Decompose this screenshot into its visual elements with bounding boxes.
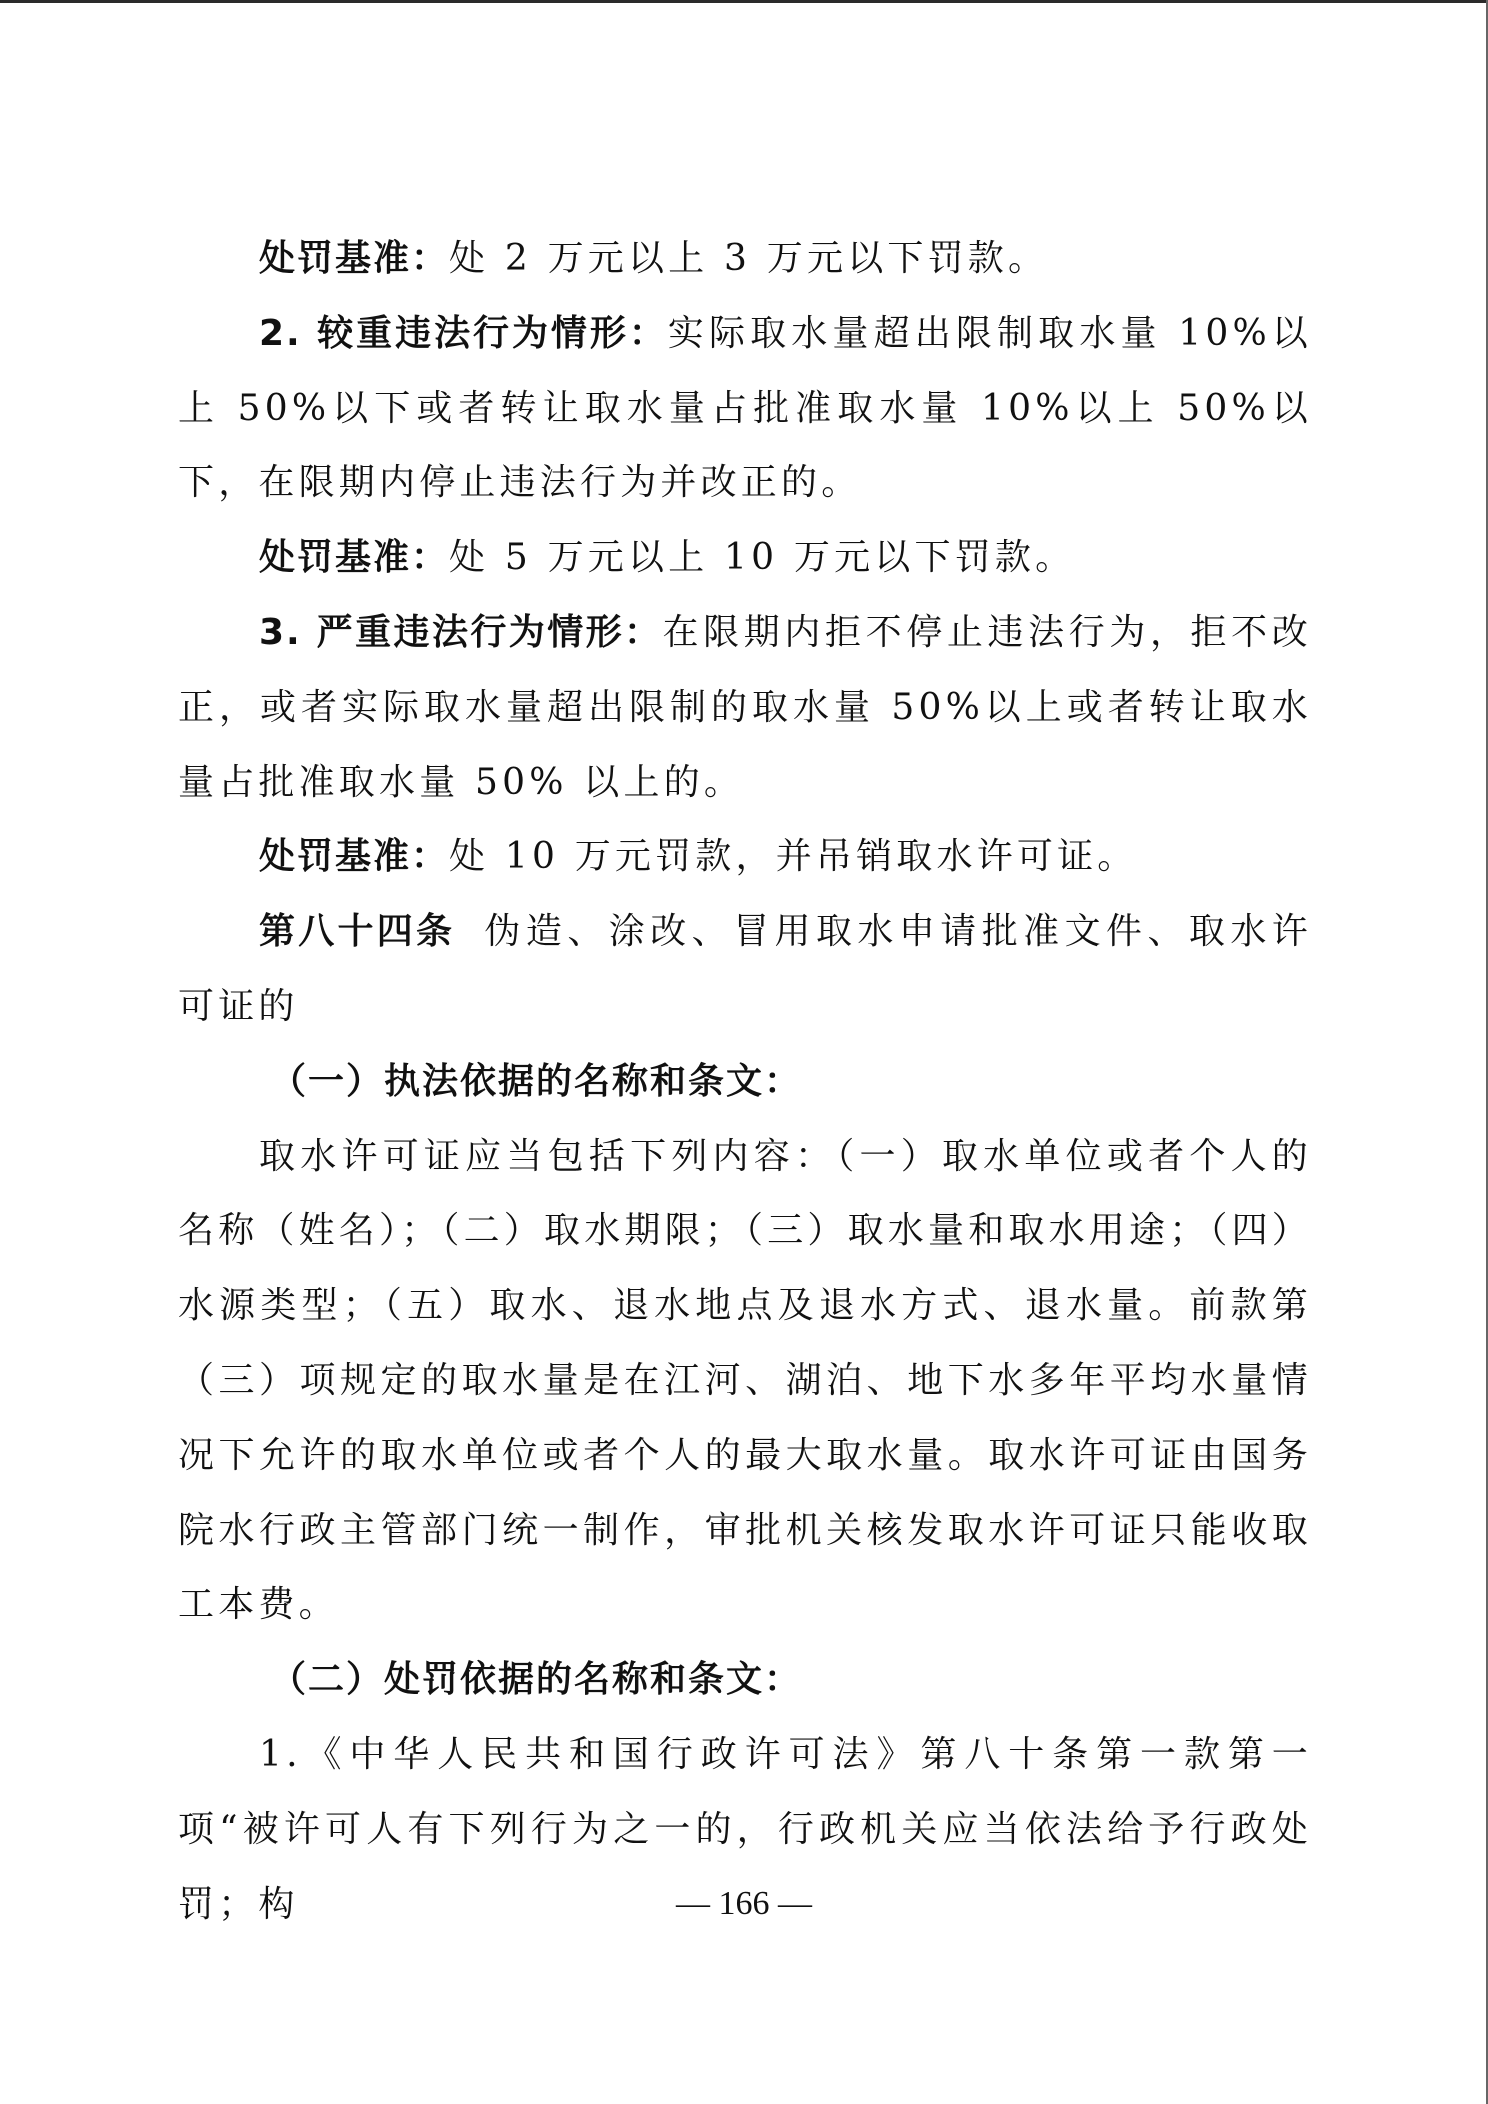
paragraph-label: 处罚基准： bbox=[259, 537, 449, 578]
article-number: 第八十四条 bbox=[259, 911, 455, 952]
paragraph-label: 处罚基准： bbox=[259, 238, 449, 279]
paragraph-penalty-standard-1: 处罚基准：处 2 万元以上 3 万元以下罚款。 bbox=[178, 222, 1312, 297]
paragraph-penalty-standard-3: 处罚基准：处 10 万元罚款，并吊销取水许可证。 bbox=[178, 820, 1312, 895]
paragraph-text: 处 2 万元以上 3 万元以下罚款。 bbox=[449, 238, 1048, 279]
heading-penalty-basis: （二）处罚依据的名称和条文： bbox=[178, 1643, 1312, 1718]
paragraph-enforcement-basis-body: 取水许可证应当包括下列内容：（一）取水单位或者个人的名称（姓名）；（二）取水期限… bbox=[178, 1120, 1312, 1644]
page-number: — 166 — bbox=[0, 1885, 1488, 1923]
page-border-top bbox=[0, 0, 1488, 3]
paragraph-text: 处 5 万元以上 10 万元以下罚款。 bbox=[449, 537, 1075, 578]
paragraph-text: 处 10 万元罚款，并吊销取水许可证。 bbox=[449, 836, 1138, 877]
section-heading: （一）执法依据的名称和条文： bbox=[270, 1061, 802, 1102]
paragraph-text: 取水许可证应当包括下列内容：（一）取水单位或者个人的名称（姓名）；（二）取水期限… bbox=[178, 1136, 1312, 1626]
paragraph-penalty-standard-2: 处罚基准：处 5 万元以上 10 万元以下罚款。 bbox=[178, 521, 1312, 596]
paragraph-label: 处罚基准： bbox=[259, 836, 449, 877]
paragraph-severe-violation: 3. 严重违法行为情形：在限期内拒不停止违法行为，拒不改正，或者实际取水量超出限… bbox=[178, 596, 1312, 820]
paragraph-serious-violation: 2. 较重违法行为情形：实际取水量超出限制取水量 10%以上 50%以下或者转让… bbox=[178, 297, 1312, 521]
document-body: 处罚基准：处 2 万元以上 3 万元以下罚款。 2. 较重违法行为情形：实际取水… bbox=[178, 222, 1312, 1942]
heading-enforcement-basis: （一）执法依据的名称和条文： bbox=[178, 1045, 1312, 1120]
paragraph-article-84: 第八十四条伪造、涂改、冒用取水申请批准文件、取水许可证的 bbox=[178, 895, 1312, 1045]
section-heading: （二）处罚依据的名称和条文： bbox=[270, 1659, 802, 1700]
paragraph-label: 2. 较重违法行为情形： bbox=[259, 313, 668, 354]
paragraph-label: 3. 严重违法行为情形： bbox=[259, 612, 662, 653]
